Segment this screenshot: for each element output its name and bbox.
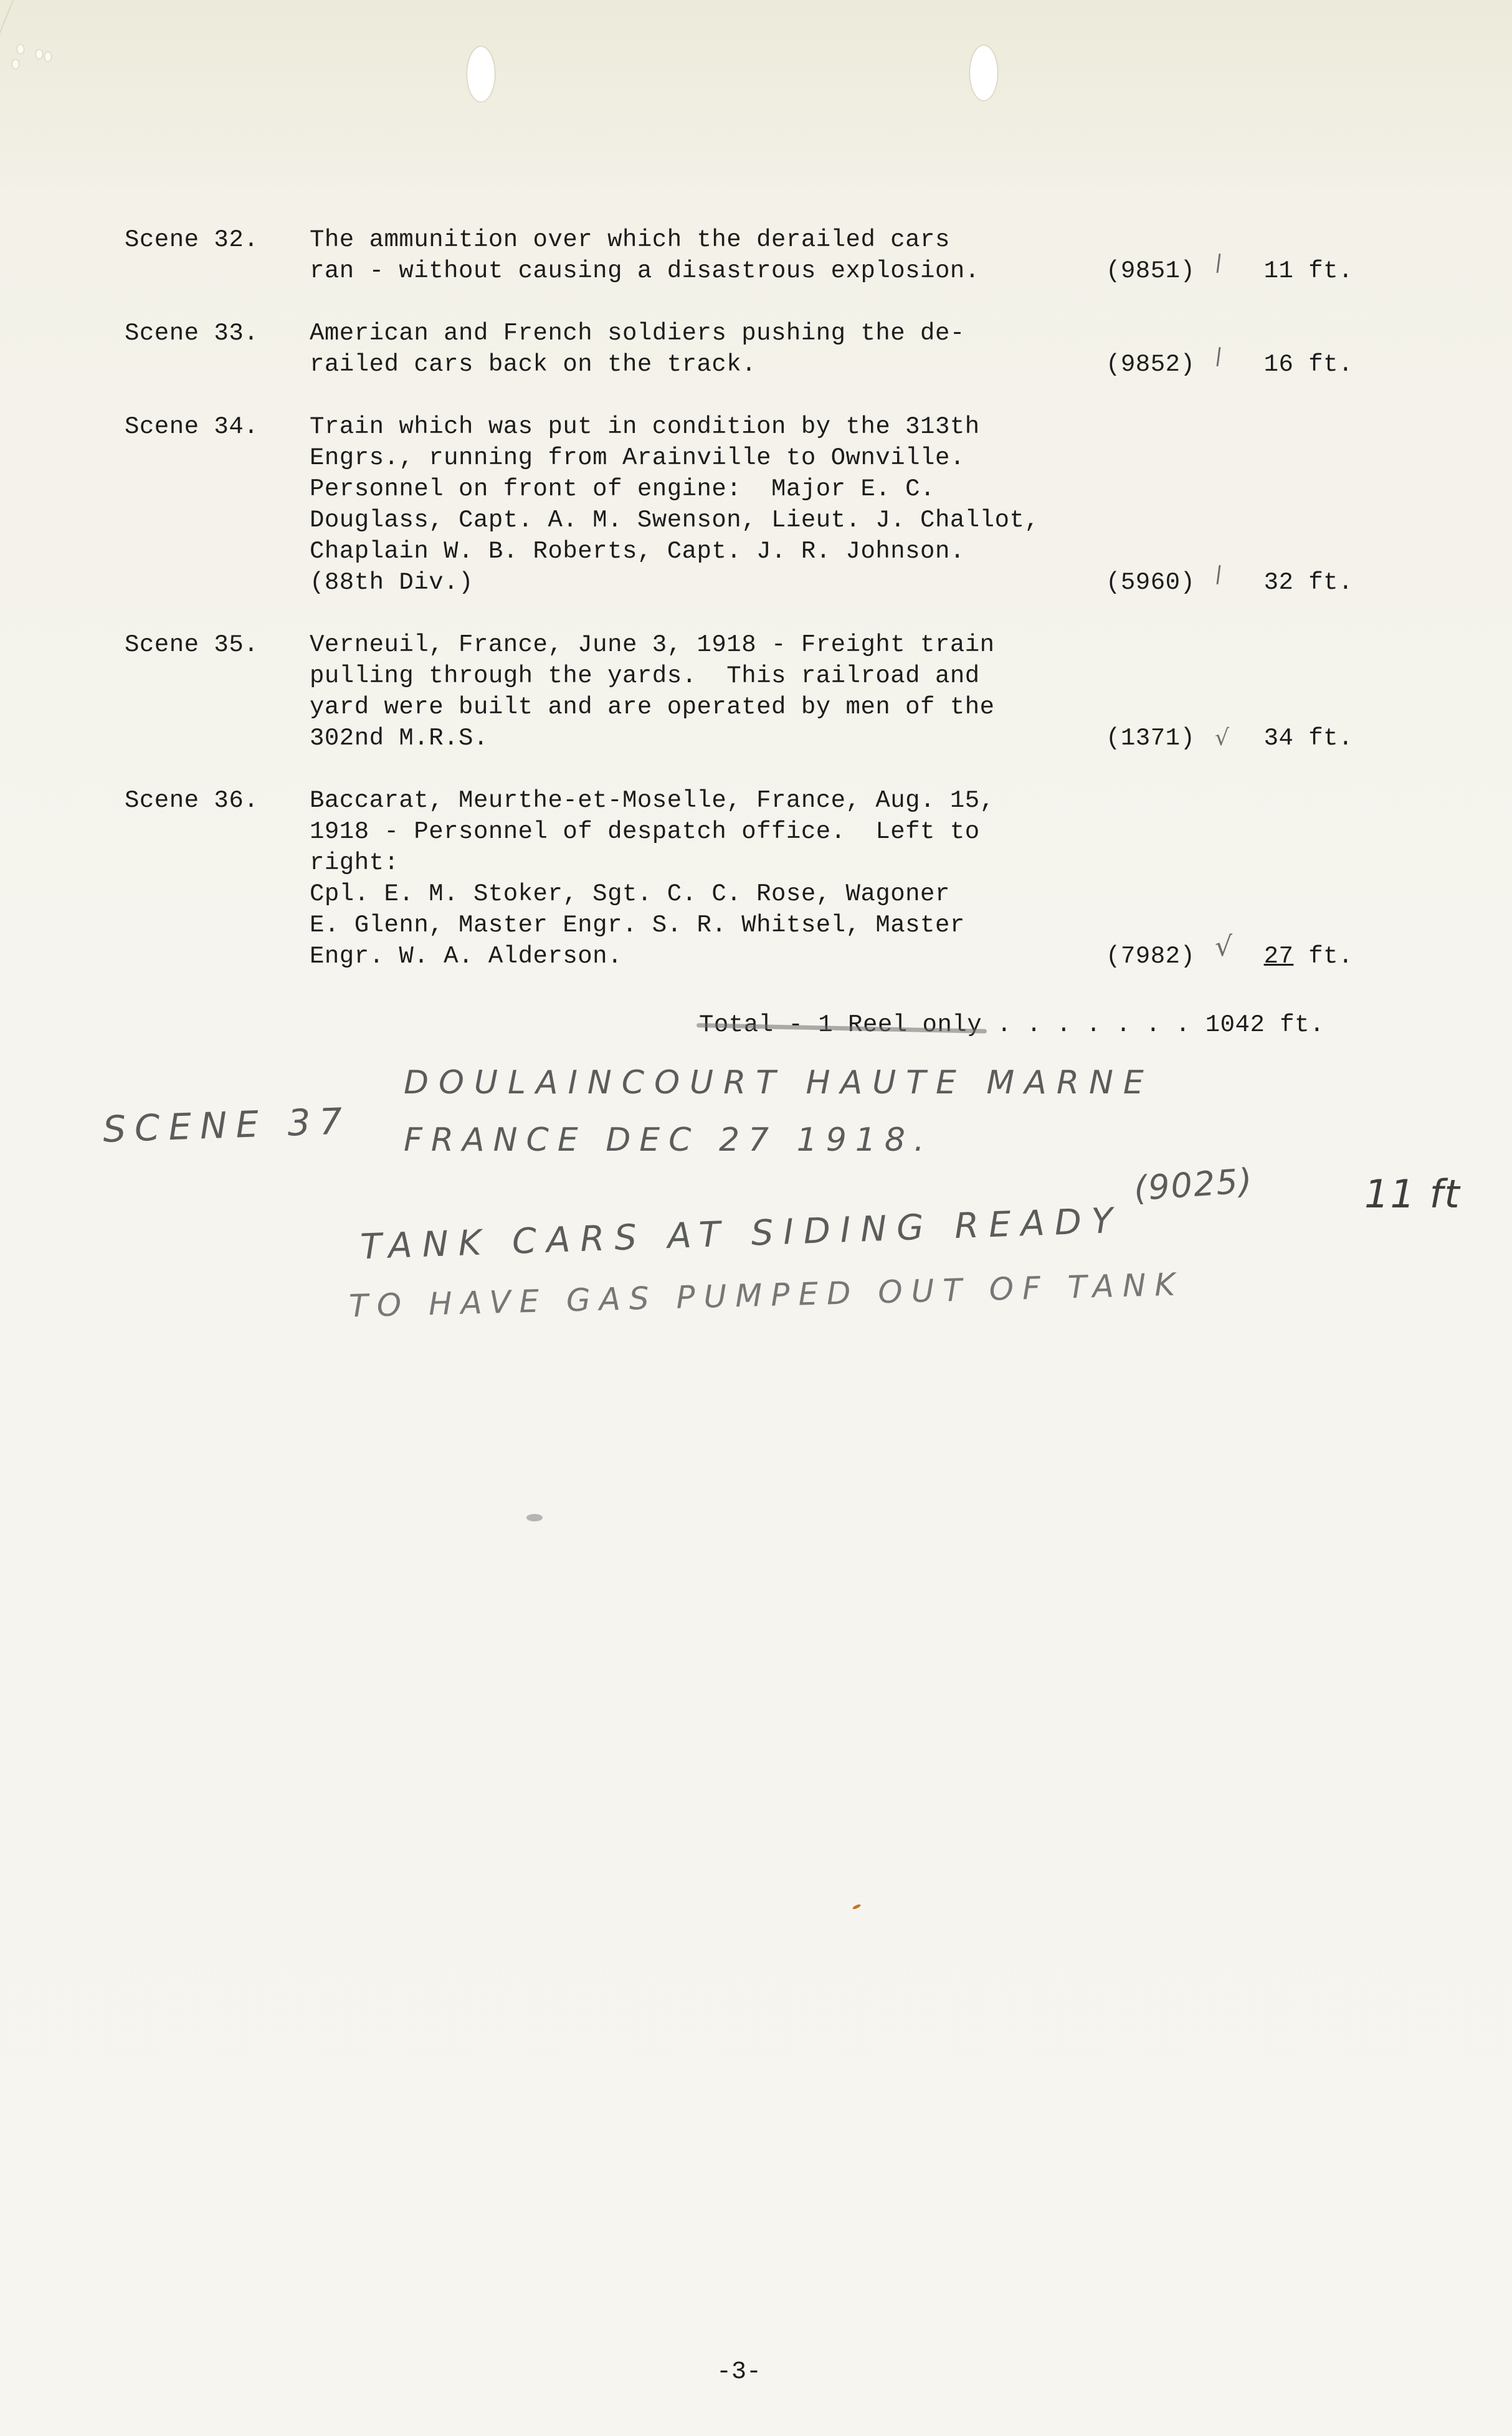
leader-dots: . . . . . . . <box>982 1011 1205 1039</box>
scene-description-line: 1918 - Personnel of despatch office. Lef… <box>310 816 980 847</box>
scene-length-value: 27 <box>1264 943 1294 970</box>
check-mark-icon: √ <box>1215 723 1229 754</box>
paper-damage-mark <box>45 52 51 61</box>
punch-hole-right <box>970 45 997 100</box>
reel-number: (7982) <box>1106 941 1195 972</box>
reel-number: (1371) <box>1106 723 1195 754</box>
total-value: 1042 ft. <box>1205 1011 1324 1039</box>
scene-description-line: Chaplain W. B. Roberts, Capt. J. R. John… <box>310 536 965 567</box>
handwritten-scene-label: SCENE 37 <box>102 1100 351 1151</box>
scene-description-line: 302nd M.R.S. <box>310 723 488 754</box>
scene-description-line: railed cars back on the track. <box>310 349 756 380</box>
scene-description-line: (88th Div.) <box>310 567 473 598</box>
handwritten-date-line: FRANCE DEC 27 1918. <box>404 1121 933 1159</box>
reel-number: (9852) <box>1106 349 1195 380</box>
scene-description-line: pulling through the yards. This railroad… <box>310 660 980 692</box>
punch-hole-left <box>467 47 495 102</box>
scene-description-line: Cpl. E. M. Stoker, Sgt. C. C. Rose, Wago… <box>310 878 950 910</box>
scene-description-line: ran - without causing a disastrous explo… <box>310 255 980 287</box>
scene-description-line: right: <box>310 847 399 878</box>
handwritten-reel-number: (9025) <box>1133 1161 1254 1208</box>
scene-label: Scene 32. <box>125 224 259 255</box>
scene-description-line: Douglass, Capt. A. M. Swenson, Lieut. J.… <box>310 505 1039 536</box>
scene-label: Scene 33. <box>125 318 259 349</box>
reel-number: (5960) <box>1106 567 1195 598</box>
handwritten-length: 11 ft <box>1364 1171 1461 1217</box>
total-struck-label: Total - 1 Reel only <box>699 1011 982 1039</box>
scene-length: 16 ft. <box>1258 349 1353 380</box>
scene-description-line: American and French soldiers pushing the… <box>310 318 965 349</box>
check-mark-icon: √ <box>1215 931 1232 963</box>
scene-description-line: Baccarat, Meurthe-et-Moselle, France, Au… <box>310 785 995 816</box>
handwritten-location-line: DOULAINCOURT HAUTE MARNE <box>404 1064 1154 1101</box>
scene-description-line: yard were built and are operated by men … <box>310 692 995 723</box>
scene-length: 32 ft. <box>1258 567 1353 598</box>
scene-description-line: Verneuil, France, June 3, 1918 - Freight… <box>310 629 995 660</box>
scene-length: 27 ft. <box>1258 941 1353 972</box>
page-number: -3- <box>716 2358 761 2386</box>
scene-length-unit: ft. <box>1293 943 1353 970</box>
scene-description-line: Personnel on front of engine: Major E. C… <box>310 473 935 505</box>
paper-damage-mark <box>12 60 19 69</box>
scene-label: Scene 34. <box>125 411 259 442</box>
scene-length: 11 ft. <box>1258 255 1353 287</box>
scene-length: 34 ft. <box>1258 723 1353 754</box>
paper-damage-mark <box>36 50 42 59</box>
paper-damage-mark <box>17 45 24 54</box>
scene-label: Scene 35. <box>125 629 259 660</box>
scene-label: Scene 36. <box>125 785 259 816</box>
scene-description-line: The ammunition over which the derailed c… <box>310 224 950 255</box>
scene-description-line: Engr. W. A. Alderson. <box>310 941 622 972</box>
scene-description-line: Train which was put in condition by the … <box>310 411 980 442</box>
scene-description-line: Engrs., running from Arainville to Ownvi… <box>310 442 965 473</box>
scene-description-line: E. Glenn, Master Engr. S. R. Whitsel, Ma… <box>310 910 965 941</box>
reel-number: (9851) <box>1106 255 1195 287</box>
total-line: Total - 1 Reel only . . . . . . . 1042 f… <box>699 1009 1324 1040</box>
paper-speck <box>526 1514 543 1521</box>
